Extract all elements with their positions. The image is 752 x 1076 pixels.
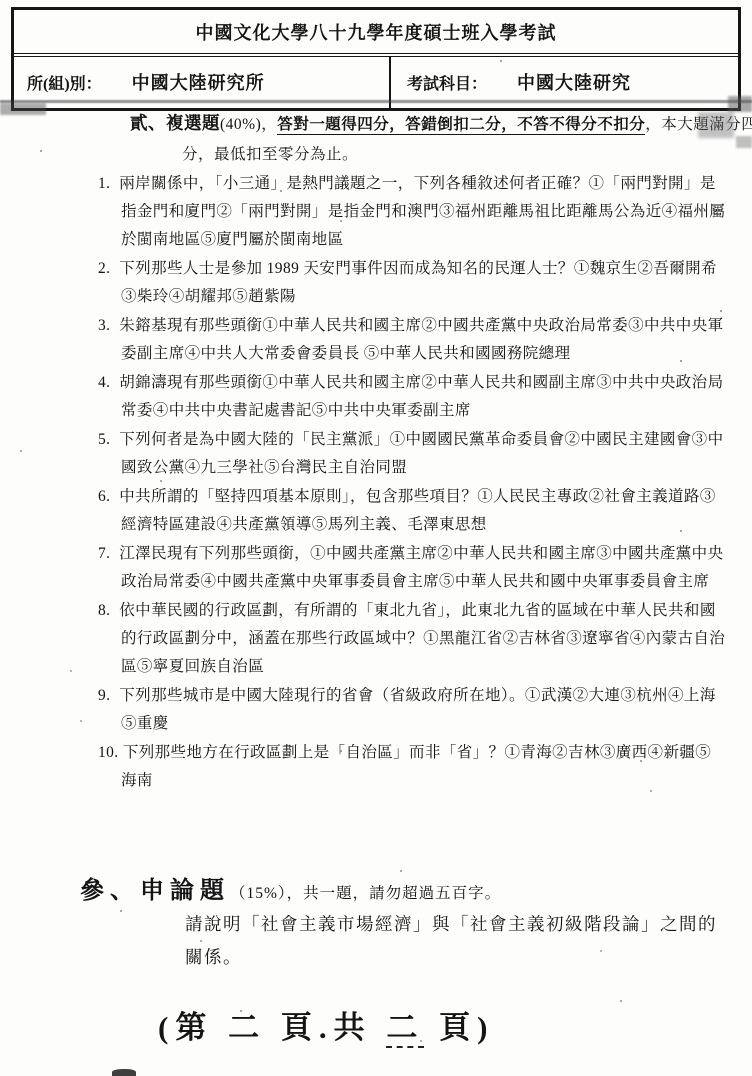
scan-noise-speckles: [40, 150, 42, 152]
question-text: 中共所謂的「堅持四項基本原則」，包含那些項目？①人民民主專政②社會主義道路③經濟…: [119, 488, 715, 533]
question-number: 6.: [98, 483, 115, 511]
question-number: 8.: [98, 597, 115, 625]
page-number-footer: (第 二 頁.共 二 頁): [158, 1002, 494, 1047]
scan-artifact-bottom-cutoff: [112, 1069, 136, 1076]
question-list: 1. 兩岸關係中，「小三通」是熱門議題之一，下列各種敘述何者正確？①「兩門對開」…: [98, 170, 726, 796]
question-number: 4.: [98, 369, 115, 397]
question-text: 江澤民現有下列那些頭銜，①中國共產黨主席②中華人民共和國主席③中國共產黨中央政治…: [119, 545, 723, 590]
question-item-9: 9. 下列那些城市是中國大陸現行的省會（省級政府所在地）。①武漢②大連③杭州④上…: [98, 682, 726, 738]
question-text: 胡錦濤現有那些頭銜①中華人民共和國主席②中華人民共和國副主席③中共中央政治局常委…: [119, 374, 723, 419]
department-value: 中國大陸研究所: [132, 73, 265, 93]
question-text: 下列何者是為中國大陸的「民主黨派」①中國國民黨革命委員會②中國民主建國會③中國致…: [119, 431, 723, 476]
question-number: 10.: [98, 739, 119, 767]
multi-choice-instructions: 貳、複選題(40%)，答對一題得四分，答錯倒扣二分，不答不得分不扣分，本大題滿分…: [130, 108, 752, 170]
essay-prompt: 請說明「社會主義市場經濟」與「社會主義初級階段論」之間的關係。: [185, 908, 730, 974]
question-number: 9.: [98, 682, 115, 710]
question-text: 朱鎔基現有那些頭銜①中華人民共和國主席②中國共產黨中央政治局常委③中共中央軍委副…: [119, 317, 723, 362]
exam-header-table: 中國文化大學八十九學年度碩士班入學考試 所(組)別：中國大陸研究所 考試科目：中…: [11, 7, 741, 111]
question-text: 下列那些人士是參加 1989 天安門事件因而成為知名的民運人士？①魏京生②吾爾開…: [119, 260, 717, 305]
exam-title: 中國文化大學八十九學年度碩士班入學考試: [14, 10, 738, 54]
section-2-heading: 貳、複選題: [130, 113, 220, 133]
subject-label: 考試科目：: [407, 76, 487, 93]
question-item-6: 6. 中共所謂的「堅持四項基本原則」，包含那些項目？①人民民主專政②社會主義道路…: [98, 483, 726, 539]
question-item-5: 5. 下列何者是為中國大陸的「民主黨派」①中國國民黨革命委員會②中國民主建國會③…: [98, 426, 726, 482]
section-3-meta: （15%），共一題，請勿超過五百字。: [230, 885, 501, 902]
footer-suffix: 頁): [424, 1010, 494, 1045]
question-text: 兩岸關係中，「小三通」是熱門議題之一，下列各種敘述何者正確？①「兩門對開」是指金…: [119, 175, 725, 248]
question-item-4: 4. 胡錦濤現有那些頭銜①中華人民共和國主席②中華人民共和國副主席③中共中央政治…: [98, 369, 726, 425]
section-2-separator: ，: [261, 116, 277, 133]
scan-smudge-line: [0, 100, 752, 103]
section-2-percent: (40%): [220, 116, 261, 133]
question-number: 7.: [98, 540, 115, 568]
question-item-8: 8. 依中華民國的行政區劃，有所謂的「東北九省」，此東北九省的區域在中華人民共和…: [98, 597, 726, 681]
question-number: 2.: [98, 255, 115, 283]
question-item-7: 7. 江澤民現有下列那些頭銜，①中國共產黨主席②中華人民共和國主席③中國共產黨中…: [98, 540, 726, 596]
question-text: 下列那些地方在行政區劃上是「自治區」而非「省」？①青海②吉林③廣西④新疆⑤海南: [121, 744, 711, 789]
scanned-exam-page: 中國文化大學八十九學年度碩士班入學考試 所(組)別：中國大陸研究所 考試科目：中…: [0, 0, 752, 1076]
question-text: 下列那些城市是中國大陸現行的省會（省級政府所在地）。①武漢②大連③杭州④上海⑤重…: [119, 687, 715, 732]
section-3-heading: 參、申論題: [80, 878, 230, 904]
question-item-3: 3. 朱鎔基現有那些頭銜①中華人民共和國主席②中國共產黨中央政治局常委③中共中央…: [98, 312, 726, 368]
question-text: 依中華民國的行政區劃，有所謂的「東北九省」，此東北九省的區域在中華人民共和國的行…: [119, 602, 725, 675]
question-number: 1.: [98, 170, 115, 198]
footer-underlined-page-count: 二: [386, 1010, 424, 1048]
question-item-1: 1. 兩岸關係中，「小三通」是熱門議題之一，下列各種敘述何者正確？①「兩門對開」…: [98, 170, 726, 254]
subject-value: 中國大陸研究: [517, 73, 631, 93]
question-number: 5.: [98, 426, 115, 454]
essay-section-heading: 參、申論題（15%），共一題，請勿超過五百字。: [80, 870, 501, 905]
question-number: 3.: [98, 312, 115, 340]
question-item-2: 2. 下列那些人士是參加 1989 天安門事件因而成為知名的民運人士？①魏京生②…: [98, 255, 726, 311]
footer-prefix: (第 二 頁.共: [158, 1010, 386, 1045]
question-item-10: 10. 下列那些地方在行政區劃上是「自治區」而非「省」？①青海②吉林③廣西④新疆…: [98, 739, 726, 795]
department-label: 所(組)別：: [27, 76, 102, 93]
scoring-rule-underlined: 答對一題得四分，答錯倒扣二分，不答不得分不扣分: [277, 116, 645, 135]
